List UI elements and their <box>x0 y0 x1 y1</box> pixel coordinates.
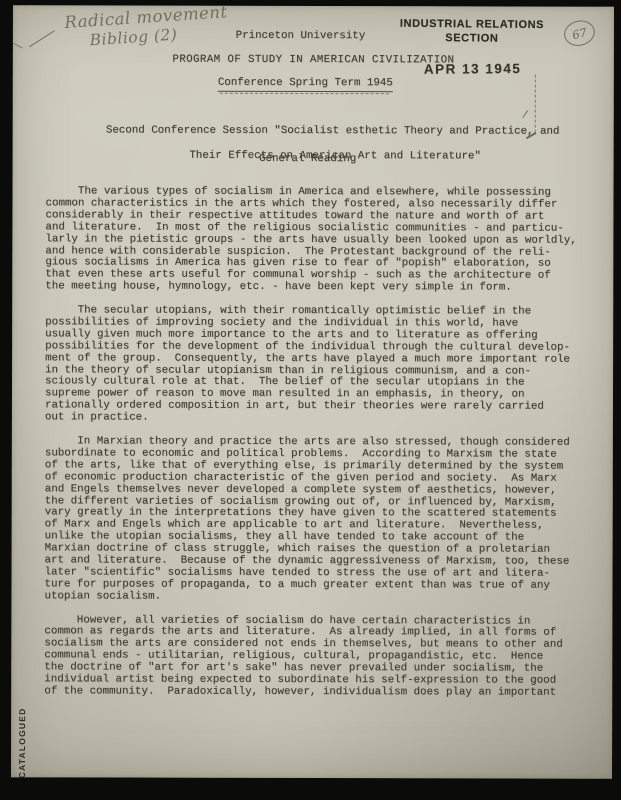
program-title: PROGRAM OF STUDY IN AMERICAN CIVILIZATIO… <box>13 54 614 67</box>
document-body: The various types of socialism in Americ… <box>44 186 597 711</box>
document-page: Radical movement Bibliog (2) Princeton U… <box>11 5 614 779</box>
pencil-edge-mark <box>13 43 22 49</box>
catalogued-stamp: CATALOGUED <box>17 704 32 782</box>
paragraph-2: The secular utopians, with their romanti… <box>45 305 597 426</box>
paragraph-3: In Marxian theory and practice the arts … <box>44 436 596 604</box>
handwritten-note: Radical movement Bibliog (2) <box>64 2 230 52</box>
session-title-line1: Second Conference Session "Socialist est… <box>106 124 560 137</box>
circled-page-number: 67 <box>561 17 597 49</box>
section-heading: General Reading <box>13 153 603 166</box>
session-title: Second Conference Session "Socialist est… <box>13 113 614 188</box>
industrial-relations-stamp: INDUSTRIAL RELATIONS SECTION <box>388 17 556 47</box>
paragraph-4: However, all varieties of socialism do h… <box>44 615 596 700</box>
stamp-line2: SECTION <box>388 31 556 47</box>
date-received-stamp: APR 13 1945 <box>424 61 522 77</box>
stamp-line1: INDUSTRIAL RELATIONS <box>388 17 556 33</box>
paragraph-1: The various types of socialism in Americ… <box>45 186 597 295</box>
page-number: 67 <box>571 25 589 42</box>
scanned-page-frame: Radical movement Bibliog (2) Princeton U… <box>0 0 621 800</box>
conference-term: Conference Spring Term 1945 <box>13 77 598 90</box>
